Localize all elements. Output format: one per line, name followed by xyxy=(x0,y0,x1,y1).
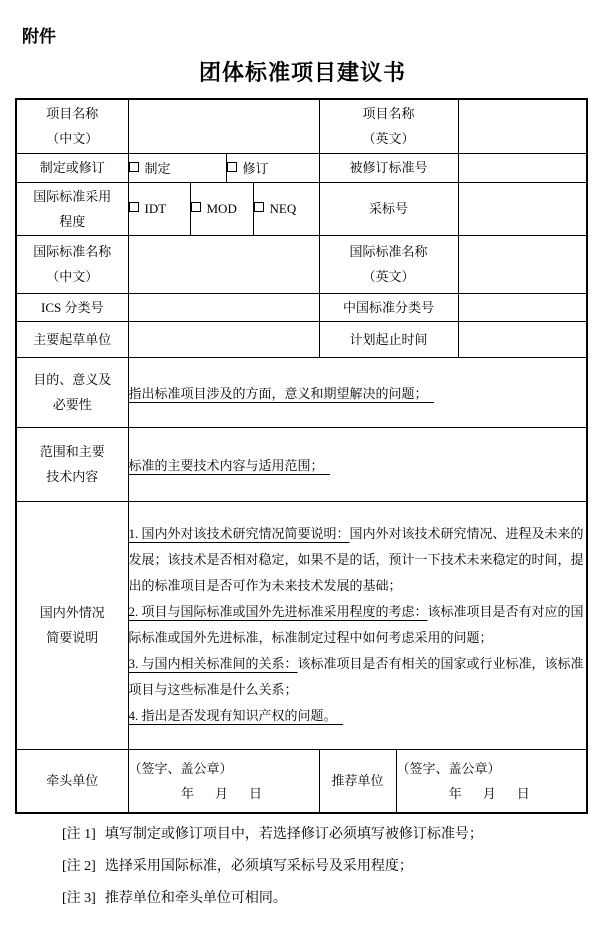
checkbox-neq-icon[interactable] xyxy=(254,202,264,212)
lead-unit-date: 年 月 日 xyxy=(129,781,319,806)
option-develop[interactable]: 制定 xyxy=(128,153,226,182)
attachment-label: 附件 xyxy=(22,22,56,47)
schedule-input[interactable] xyxy=(458,321,587,357)
row-intl-adoption-degree: 国际标准采用 程度 IDT MOD NEQ 采标号 xyxy=(16,182,587,235)
option-develop-label: 制定 xyxy=(145,161,171,176)
row-overview: 国内外情况 简要说明 1. 国内外对该技术研究情况简要说明：国内外对该技术研究情… xyxy=(16,501,587,749)
project-name-en-input[interactable] xyxy=(458,99,587,153)
recommend-unit-sign-hint: （签字、盖公章） xyxy=(397,756,587,781)
option-neq-label: NEQ xyxy=(270,201,297,216)
ics-class-input[interactable] xyxy=(128,293,319,321)
drafting-unit-input[interactable] xyxy=(128,321,319,357)
row-classification: ICS 分类号 中国标准分类号 xyxy=(16,293,587,321)
option-revise-label: 修订 xyxy=(243,161,269,176)
overview-item-2: 2. 项目与国际标准或国外先进标准采用程度的考虑：该标准项目是否有对应的国际标准… xyxy=(129,599,587,651)
note-1: [注 1]填写制定或修订项目中，若选择修订必须填写被修订标准号； xyxy=(62,819,582,851)
option-mod[interactable]: MOD xyxy=(190,182,253,235)
note-3-tag: [注 3] xyxy=(62,891,96,906)
overview-label: 国内外情况 简要说明 xyxy=(16,501,128,749)
row-signatures: 牵头单位 （签字、盖公章） 年 月 日 推荐单位 （签字、盖公章） 年 月 日 xyxy=(16,749,587,813)
purpose-label: 目的、意义及 必要性 xyxy=(16,357,128,427)
option-idt[interactable]: IDT xyxy=(128,182,190,235)
checkbox-develop-icon[interactable] xyxy=(129,162,139,172)
cn-class-label: 中国标准分类号 xyxy=(319,293,458,321)
overview-item-3: 3. 与国内相关标准间的关系：该标准项目是否有相关的国家或行业标准，该标准项目与… xyxy=(129,651,587,703)
lead-unit-signature-area[interactable]: （签字、盖公章） 年 月 日 xyxy=(128,749,319,813)
row-project-name: 项目名称 （中文） 项目名称 （英文） xyxy=(16,99,587,153)
note-2-tag: [注 2] xyxy=(62,859,96,874)
row-drafting-unit: 主要起草单位 计划起止时间 xyxy=(16,321,587,357)
cn-class-input[interactable] xyxy=(458,293,587,321)
row-scope: 范围和主要 技术内容 标准的主要技术内容与适用范围； xyxy=(16,427,587,501)
intl-std-name-zh-label: 国际标准名称 （中文） xyxy=(16,235,128,293)
note-3-text: 推荐单位和牵头单位可相同。 xyxy=(105,891,287,906)
checkbox-mod-icon[interactable] xyxy=(191,202,201,212)
overview-item-4: 4. 指出是否发现有知识产权的问题。 xyxy=(129,703,587,729)
develop-or-revise-label: 制定或修订 xyxy=(16,153,128,182)
schedule-label: 计划起止时间 xyxy=(319,321,458,357)
option-mod-label: MOD xyxy=(207,201,237,216)
intl-std-name-en-label: 国际标准名称 （英文） xyxy=(319,235,458,293)
project-name-zh-input[interactable] xyxy=(128,99,319,153)
adoption-no-input[interactable] xyxy=(458,182,587,235)
intl-std-name-zh-input[interactable] xyxy=(128,235,319,293)
project-name-en-label: 项目名称 （英文） xyxy=(319,99,458,153)
note-1-tag: [注 1] xyxy=(62,827,96,842)
lead-unit-sign-hint: （签字、盖公章） xyxy=(129,756,319,781)
footnotes: [注 1]填写制定或修订项目中，若选择修订必须填写被修订标准号； [注 2]选择… xyxy=(62,819,582,915)
recommend-unit-date: 年 月 日 xyxy=(397,781,587,806)
intl-std-name-en-input[interactable] xyxy=(458,235,587,293)
overview-input[interactable]: 1. 国内外对该技术研究情况简要说明：国内外对该技术研究情况、进程及未来的发展；… xyxy=(128,501,587,749)
note-2-text: 选择采用国际标准，必须填写采标号及采用程度； xyxy=(105,859,413,874)
project-name-zh-label: 项目名称 （中文） xyxy=(16,99,128,153)
checkbox-revise-icon[interactable] xyxy=(227,162,237,172)
scope-input[interactable]: 标准的主要技术内容与适用范围； xyxy=(128,427,587,501)
row-intl-std-name: 国际标准名称 （中文） 国际标准名称 （英文） xyxy=(16,235,587,293)
document-page: 附件 团体标准项目建议书 项目名称 （中文） 项目名称 （英文） 制定或修订 制… xyxy=(0,0,605,936)
purpose-input[interactable]: 指出标准项目涉及的方面，意义和期望解决的问题； xyxy=(128,357,587,427)
option-neq[interactable]: NEQ xyxy=(253,182,319,235)
proposal-form-table: 项目名称 （中文） 项目名称 （英文） 制定或修订 制定 修订 被修订标准号 xyxy=(15,98,588,814)
drafting-unit-label: 主要起草单位 xyxy=(16,321,128,357)
overview-item-1: 1. 国内外对该技术研究情况简要说明：国内外对该技术研究情况、进程及未来的发展；… xyxy=(129,521,587,599)
scope-label: 范围和主要 技术内容 xyxy=(16,427,128,501)
row-develop-or-revise: 制定或修订 制定 修订 被修订标准号 xyxy=(16,153,587,182)
revised-std-no-input[interactable] xyxy=(458,153,587,182)
scope-hint: 标准的主要技术内容与适用范围； xyxy=(129,458,331,473)
note-1-text: 填写制定或修订项目中，若选择修订必须填写被修订标准号； xyxy=(105,827,483,842)
intl-adoption-degree-label: 国际标准采用 程度 xyxy=(16,182,128,235)
note-2: [注 2]选择采用国际标准，必须填写采标号及采用程度； xyxy=(62,851,582,883)
purpose-hint: 指出标准项目涉及的方面，意义和期望解决的问题； xyxy=(129,386,435,401)
lead-unit-label: 牵头单位 xyxy=(16,749,128,813)
row-purpose: 目的、意义及 必要性 指出标准项目涉及的方面，意义和期望解决的问题； xyxy=(16,357,587,427)
checkbox-idt-icon[interactable] xyxy=(129,202,139,212)
recommend-unit-signature-area[interactable]: （签字、盖公章） 年 月 日 xyxy=(396,749,587,813)
option-revise[interactable]: 修订 xyxy=(226,153,319,182)
note-3: [注 3]推荐单位和牵头单位可相同。 xyxy=(62,883,582,915)
revised-std-no-label: 被修订标准号 xyxy=(319,153,458,182)
option-idt-label: IDT xyxy=(145,201,167,216)
recommend-unit-label: 推荐单位 xyxy=(319,749,396,813)
page-title: 团体标准项目建议书 xyxy=(0,56,605,87)
ics-class-label: ICS 分类号 xyxy=(16,293,128,321)
adoption-no-label: 采标号 xyxy=(319,182,458,235)
